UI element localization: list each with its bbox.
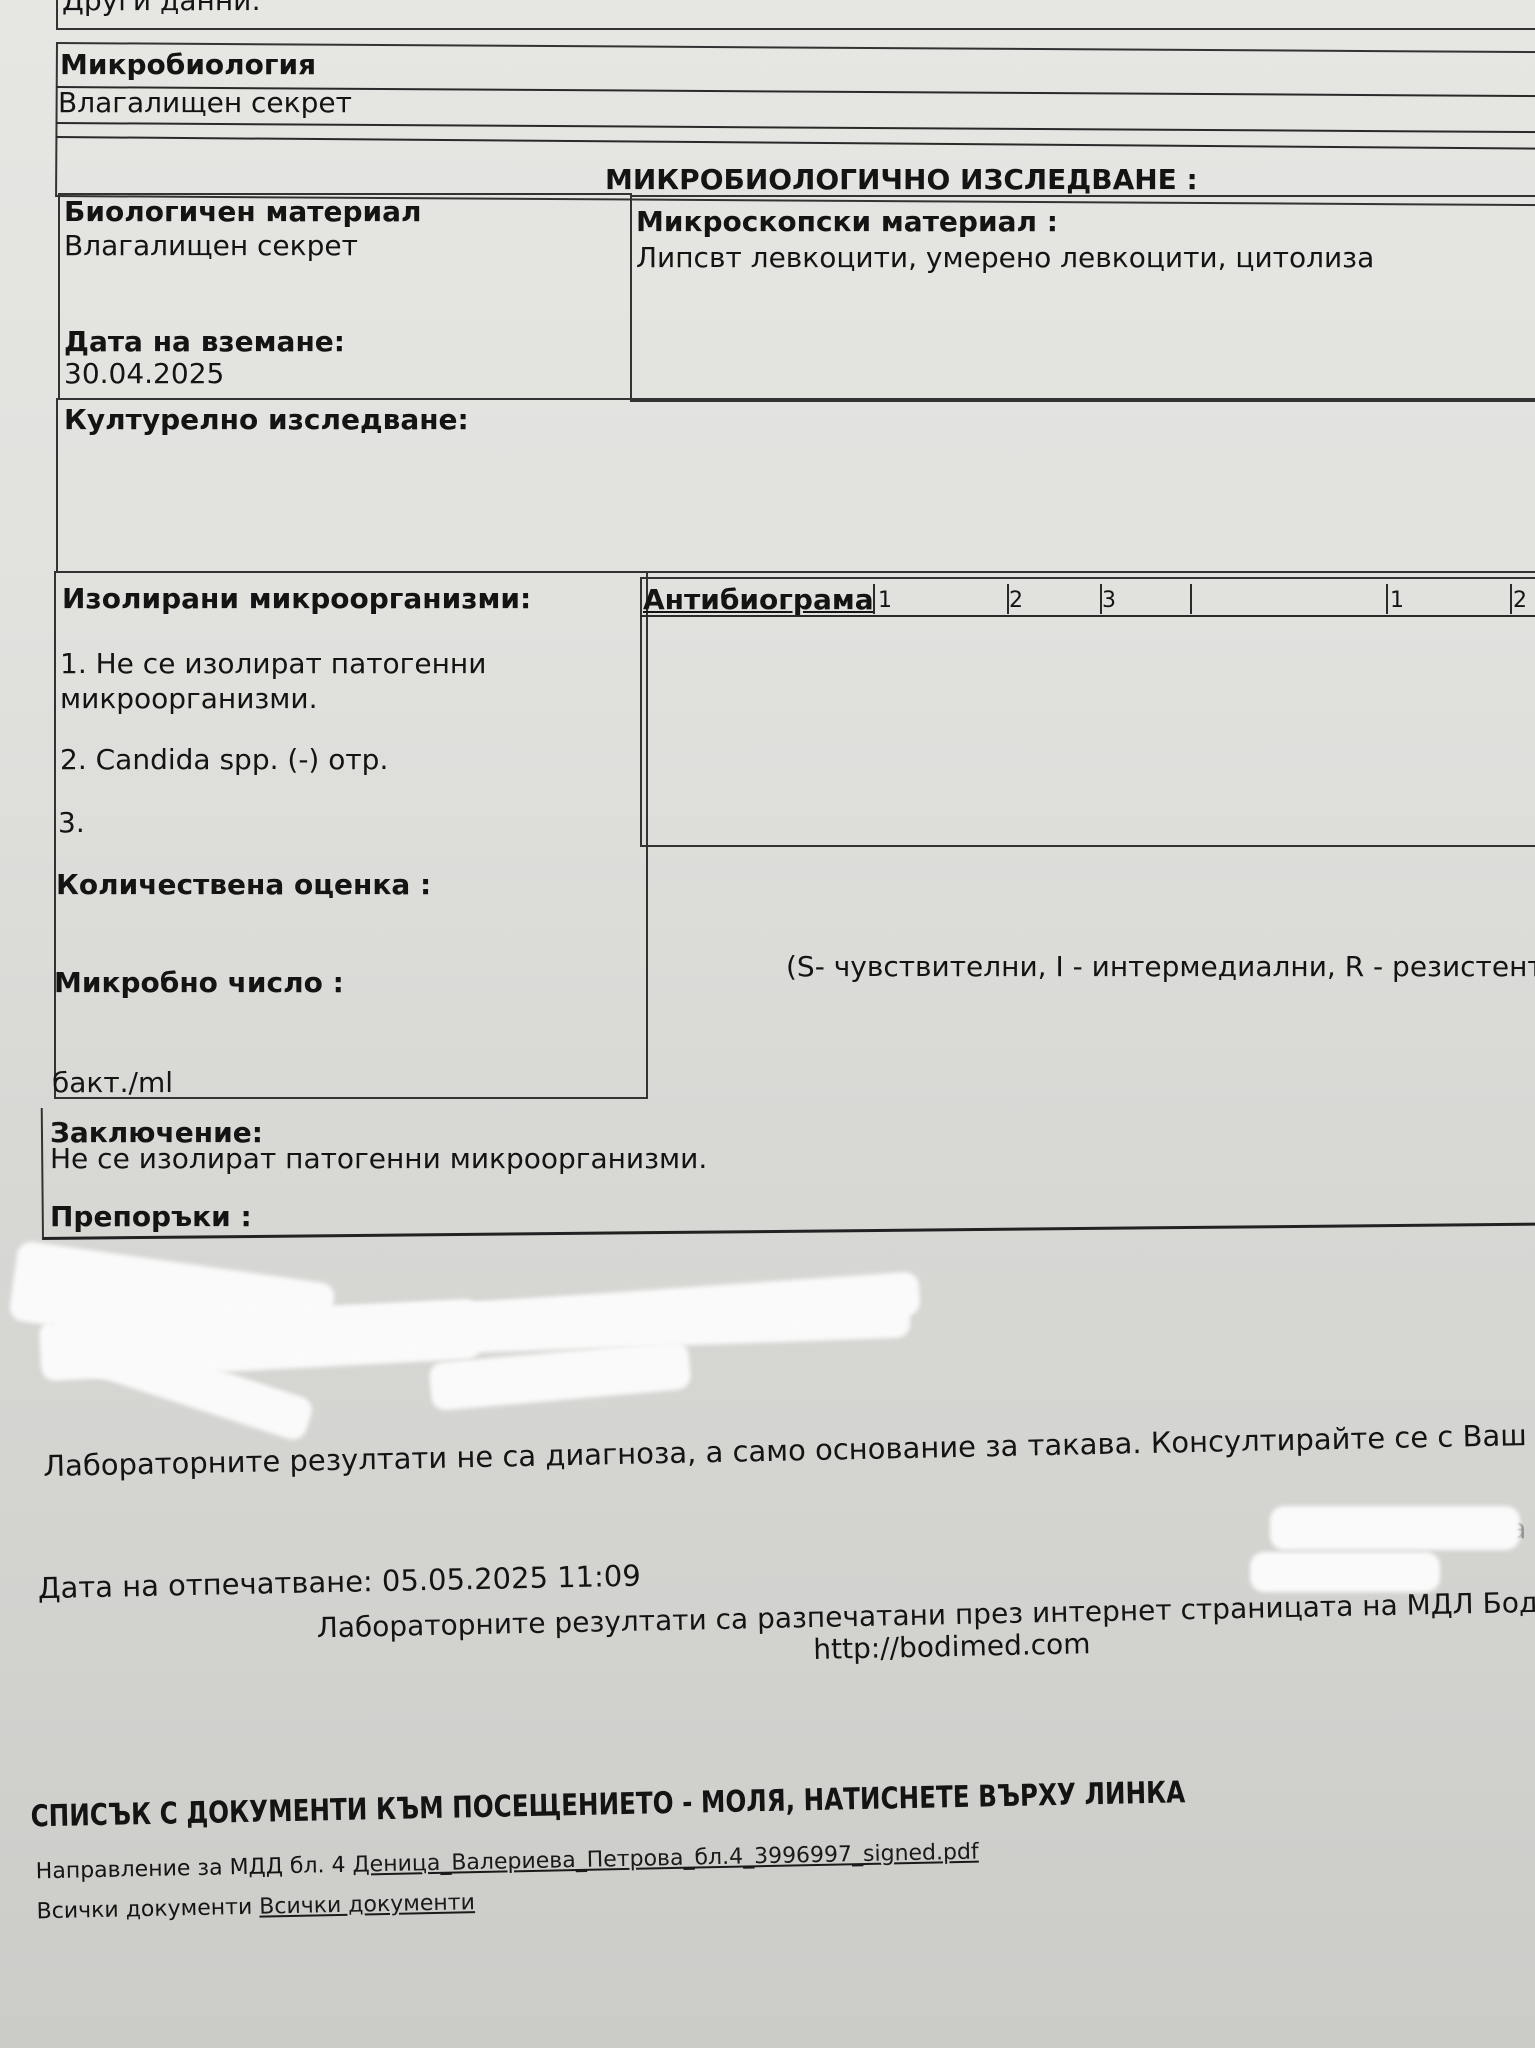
doc1-label: Направление за МДД бл. 4 Деница_Валериев… xyxy=(36,1840,979,1885)
doc2-prefix: Всички документи xyxy=(36,1895,252,1925)
redaction-mark xyxy=(1250,1552,1440,1592)
print-date: Дата на отпечатване: 05.05.2025 11:09 xyxy=(37,1559,641,1606)
doc2-label: Всички документи Всички документи xyxy=(36,1890,475,1924)
redaction-mark xyxy=(1270,1506,1520,1550)
doc2-link[interactable]: Всички документи xyxy=(259,1890,475,1920)
doc1-prefix: Направление за МДД бл. 4 xyxy=(36,1853,346,1884)
footer-region: Лабораторните резултати не са диагноза, … xyxy=(0,0,1535,2048)
site-link[interactable]: http://bodimed.com xyxy=(813,1627,1091,1666)
lab-report-page: Други данни: Микробиология Влагалищен се… xyxy=(0,0,1535,2048)
disclaimer-text: Лабораторните резултати не са диагноза, … xyxy=(43,1418,1527,1483)
docs-heading: СПИСЪК С ДОКУМЕНТИ КЪМ ПОСЕЩЕНИЕТО - МОЛ… xyxy=(30,1775,1185,1834)
doc1-link[interactable]: Деница_Валериева_Петрова_бл.4_3996997_si… xyxy=(352,1840,979,1878)
